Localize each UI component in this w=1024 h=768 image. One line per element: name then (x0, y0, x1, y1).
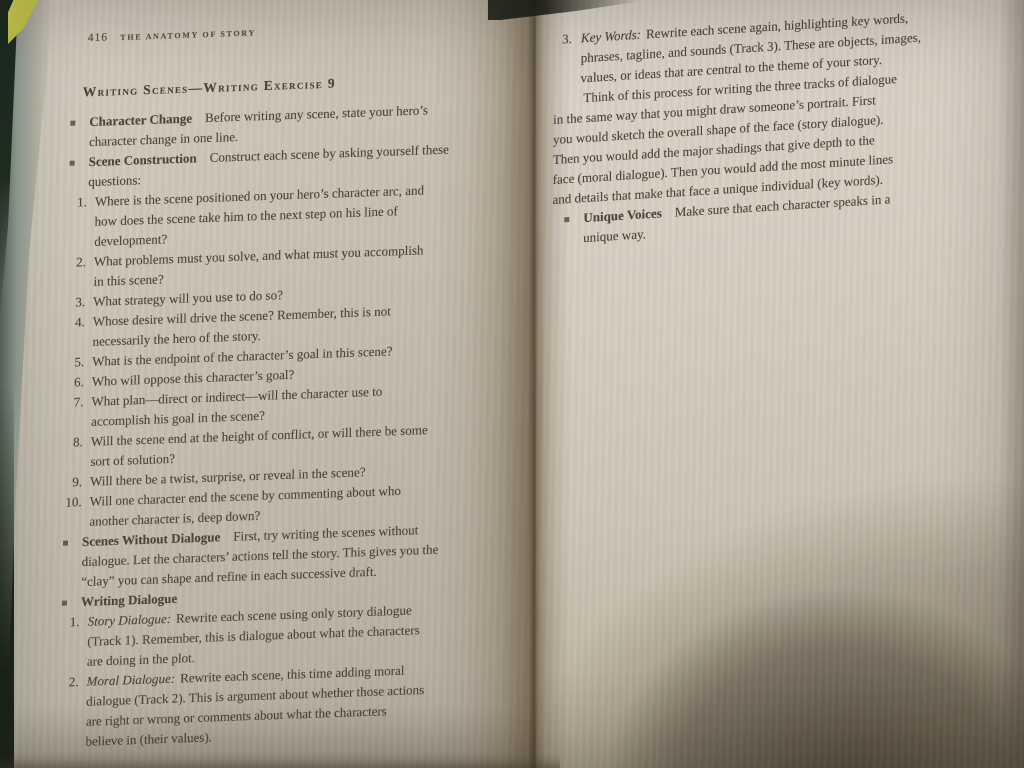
question-number: 2. (62, 252, 86, 273)
step-number: 2. (54, 672, 78, 693)
book-photo: 416 THE ANATOMY OF STORY Writing Scenes—… (0, 0, 1024, 768)
book-title-running-head: THE ANATOMY OF STORY (120, 28, 256, 42)
left-page: 416 THE ANATOMY OF STORY Writing Scenes—… (14, 0, 536, 768)
step-number: 1. (55, 612, 79, 633)
step-number: 3. (554, 29, 572, 50)
running-head: 416 THE ANATOMY OF STORY (88, 12, 513, 49)
step-lead-italic: Story Dialogue: (88, 611, 172, 629)
exercise-title: Writing Scenes—Writing Exercise 9 (83, 67, 512, 102)
question-number: 3. (61, 292, 85, 313)
step-text: Moral Dialogue:Rewrite each scene, this … (85, 657, 501, 751)
question-number: 10. (58, 492, 82, 513)
bullet-label: Writing Dialogue (81, 591, 178, 609)
question-number: 7. (59, 392, 83, 413)
square-bullet-icon (70, 161, 75, 166)
question-number: 6. (60, 372, 84, 393)
right-page-text: 3. Key Words:Rewrite each scene again, h… (552, 4, 978, 250)
question-number: 4. (61, 312, 85, 333)
dialogue-step-list: 1. Story Dialogue:Rewrite each scene usi… (53, 597, 502, 753)
right-page: 3. Key Words:Rewrite each scene again, h… (536, 0, 1024, 768)
question-number: 1. (63, 192, 87, 213)
square-bullet-icon (63, 541, 68, 546)
bullet-label: Character Change (89, 111, 192, 130)
question-number: 9. (58, 472, 82, 493)
step-lead-italic: Moral Dialogue: (86, 671, 175, 689)
left-page-text: 416 THE ANATOMY OF STORY Writing Scenes—… (53, 12, 512, 752)
dialogue-step-moral: 2. Moral Dialogue:Rewrite each scene, th… (53, 657, 501, 753)
bullet-label: Scene Construction (89, 150, 197, 169)
question-number: 5. (60, 352, 84, 373)
square-bullet-icon (70, 121, 75, 126)
bullet-label: Unique Voices (583, 205, 662, 225)
square-bullet-icon (564, 217, 569, 222)
step-lead-italic: Key Words: (581, 27, 641, 46)
question-number: 8. (59, 432, 83, 453)
bullet-label: Scenes Without Dialogue (82, 529, 221, 549)
page-number: 416 (88, 32, 108, 45)
square-bullet-icon (62, 601, 67, 606)
question-list: 1. Where is the scene positioned on your… (57, 177, 509, 533)
